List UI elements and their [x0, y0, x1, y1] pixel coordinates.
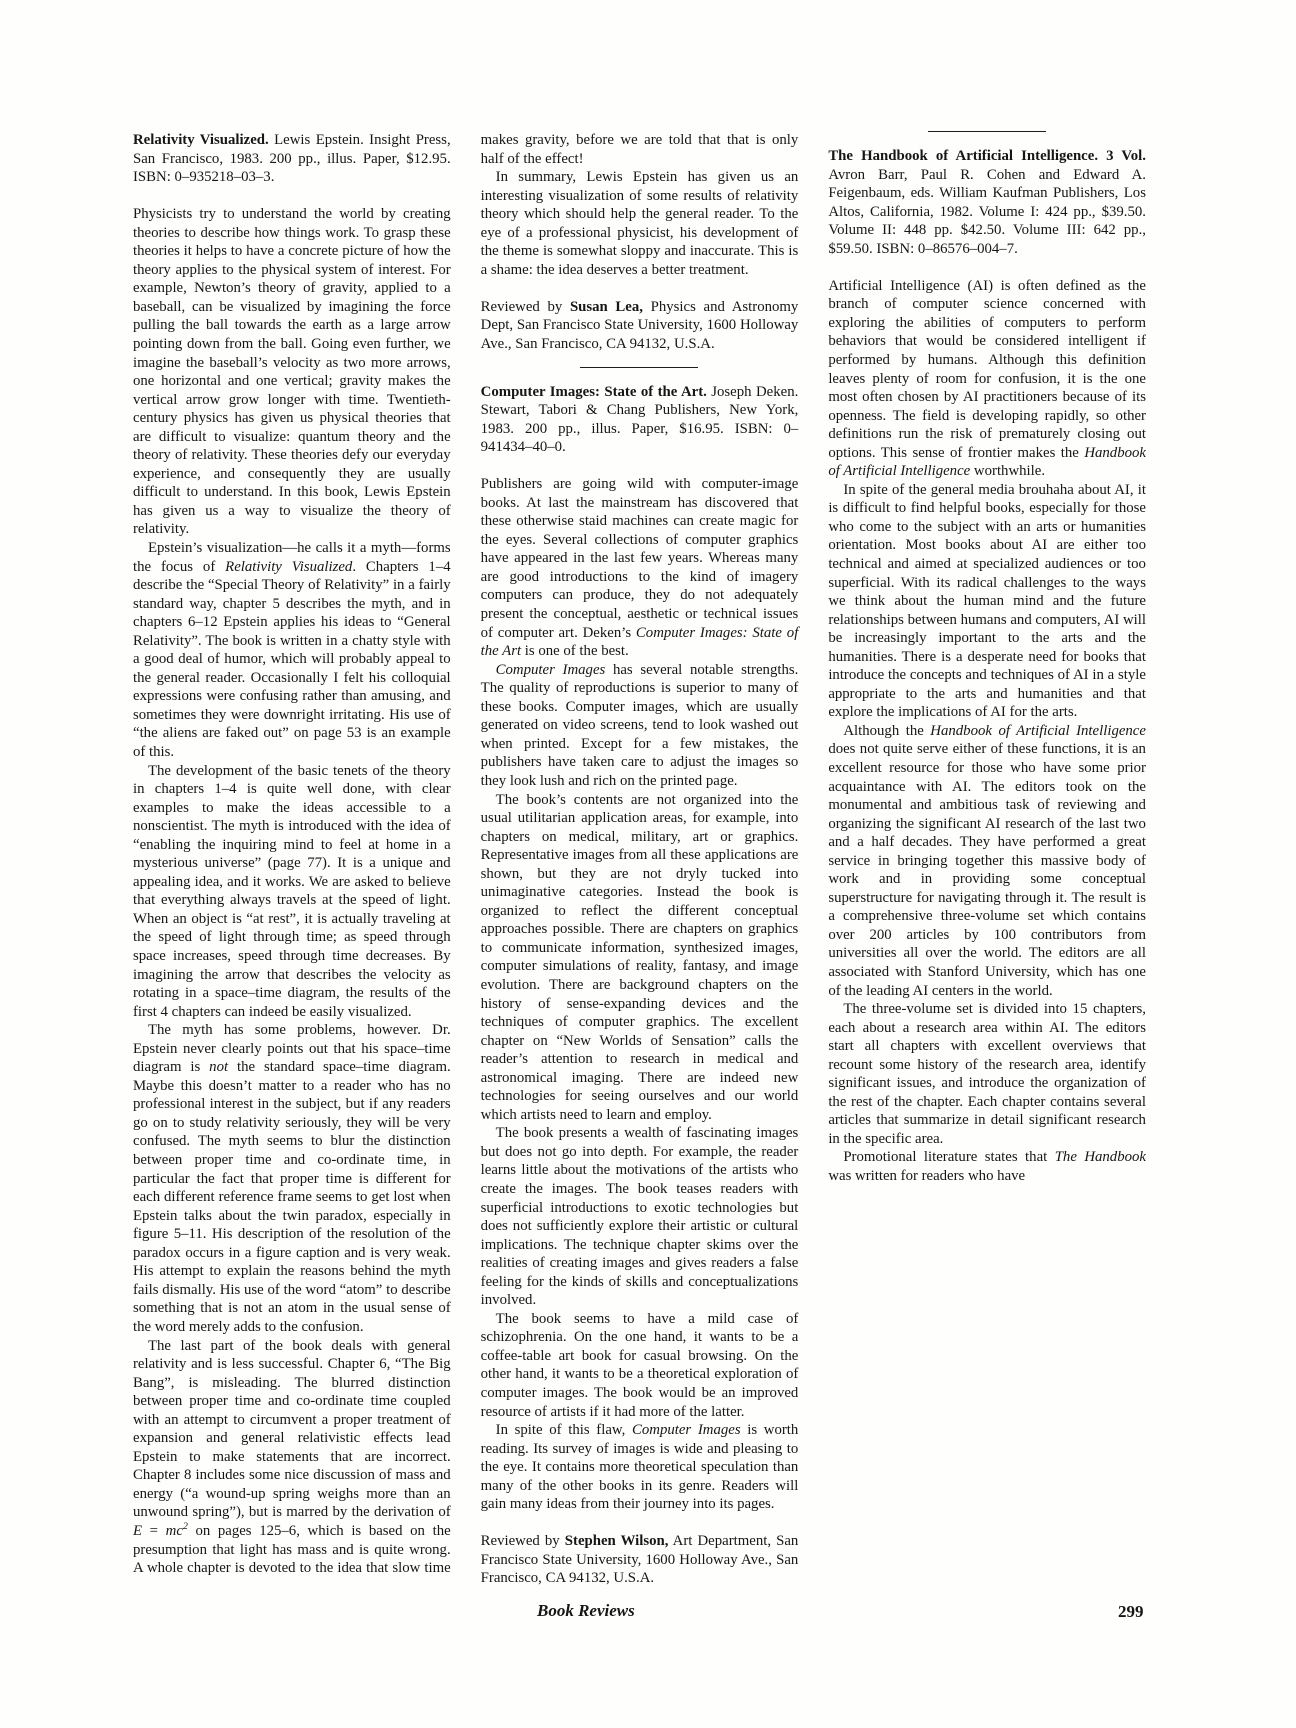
review-paragraph: Artificial Intelligence (AI) is often de… — [828, 277, 1146, 481]
review-paragraph: The book presents a wealth of fascinatin… — [481, 1124, 799, 1309]
review-paragraph: In spite of the general media brouhaha a… — [828, 481, 1146, 722]
book-title: Computer Images: State of the Art. — [481, 384, 707, 400]
review-body: Artificial Intelligence (AI) is often de… — [828, 277, 1146, 1186]
review-paragraph: Computer Images has several notable stre… — [481, 661, 799, 791]
review-computer-images: Computer Images: State of the Art. Josep… — [481, 383, 799, 1588]
book-citation: The Handbook of Artificial Intelligence.… — [828, 147, 1146, 258]
review-paragraph: In summary, Lewis Epstein has given us a… — [481, 168, 799, 279]
review-paragraph: Although the Handbook of Artificial Inte… — [828, 722, 1146, 1000]
book-citation: Computer Images: State of the Art. Josep… — [481, 383, 799, 457]
footer-section-title: Book Reviews — [537, 1601, 635, 1621]
review-handbook-of-ai: The Handbook of Artificial Intelligence.… — [828, 147, 1146, 1186]
book-title: Relativity Visualized. — [133, 132, 269, 148]
page-number: 299 — [1118, 1602, 1144, 1622]
reviewer-credit: Reviewed by Susan Lea, Physics and Astro… — [481, 298, 799, 354]
review-paragraph: Promotional literature states that The H… — [828, 1148, 1146, 1185]
reviewer-prefix: Reviewed by — [481, 1533, 565, 1549]
book-citation: Relativity Visualized. Lewis Epstein. In… — [133, 131, 451, 187]
review-body: Publishers are going wild with computer-… — [481, 475, 799, 1514]
review-paragraph: The three-volume set is divided into 15 … — [828, 1000, 1146, 1148]
reviewer-credit: Reviewed by Stephen Wilson, Art Departme… — [481, 1532, 799, 1588]
review-paragraph: The development of the basic tenets of t… — [133, 762, 451, 1022]
reviewer-name: Stephen Wilson, — [565, 1533, 669, 1549]
section-divider — [928, 131, 1046, 132]
section-divider — [580, 367, 698, 368]
review-paragraph: Publishers are going wild with computer-… — [481, 475, 799, 660]
review-paragraph: The book’s contents are not organized in… — [481, 791, 799, 1125]
review-paragraph: Physicists try to understand the world b… — [133, 205, 451, 539]
review-paragraph: The book seems to have a mild case of sc… — [481, 1310, 799, 1421]
review-paragraph: Epstein’s visualization—he calls it a my… — [133, 539, 451, 762]
book-publication-details: Avron Barr, Paul R. Cohen and Edward A. … — [828, 167, 1146, 257]
reviewer-prefix: Reviewed by — [481, 299, 570, 315]
book-title: The Handbook of Artificial Intelligence.… — [828, 148, 1146, 164]
reviewer-name: Susan Lea, — [570, 299, 643, 315]
review-paragraph: In spite of this flaw, Computer Images i… — [481, 1421, 799, 1514]
journal-page: Relativity Visualized. Lewis Epstein. In… — [0, 0, 1296, 1728]
book-reviews-columns: Relativity Visualized. Lewis Epstein. In… — [133, 131, 1146, 1597]
review-paragraph: The myth has some problems, however. Dr.… — [133, 1021, 451, 1336]
